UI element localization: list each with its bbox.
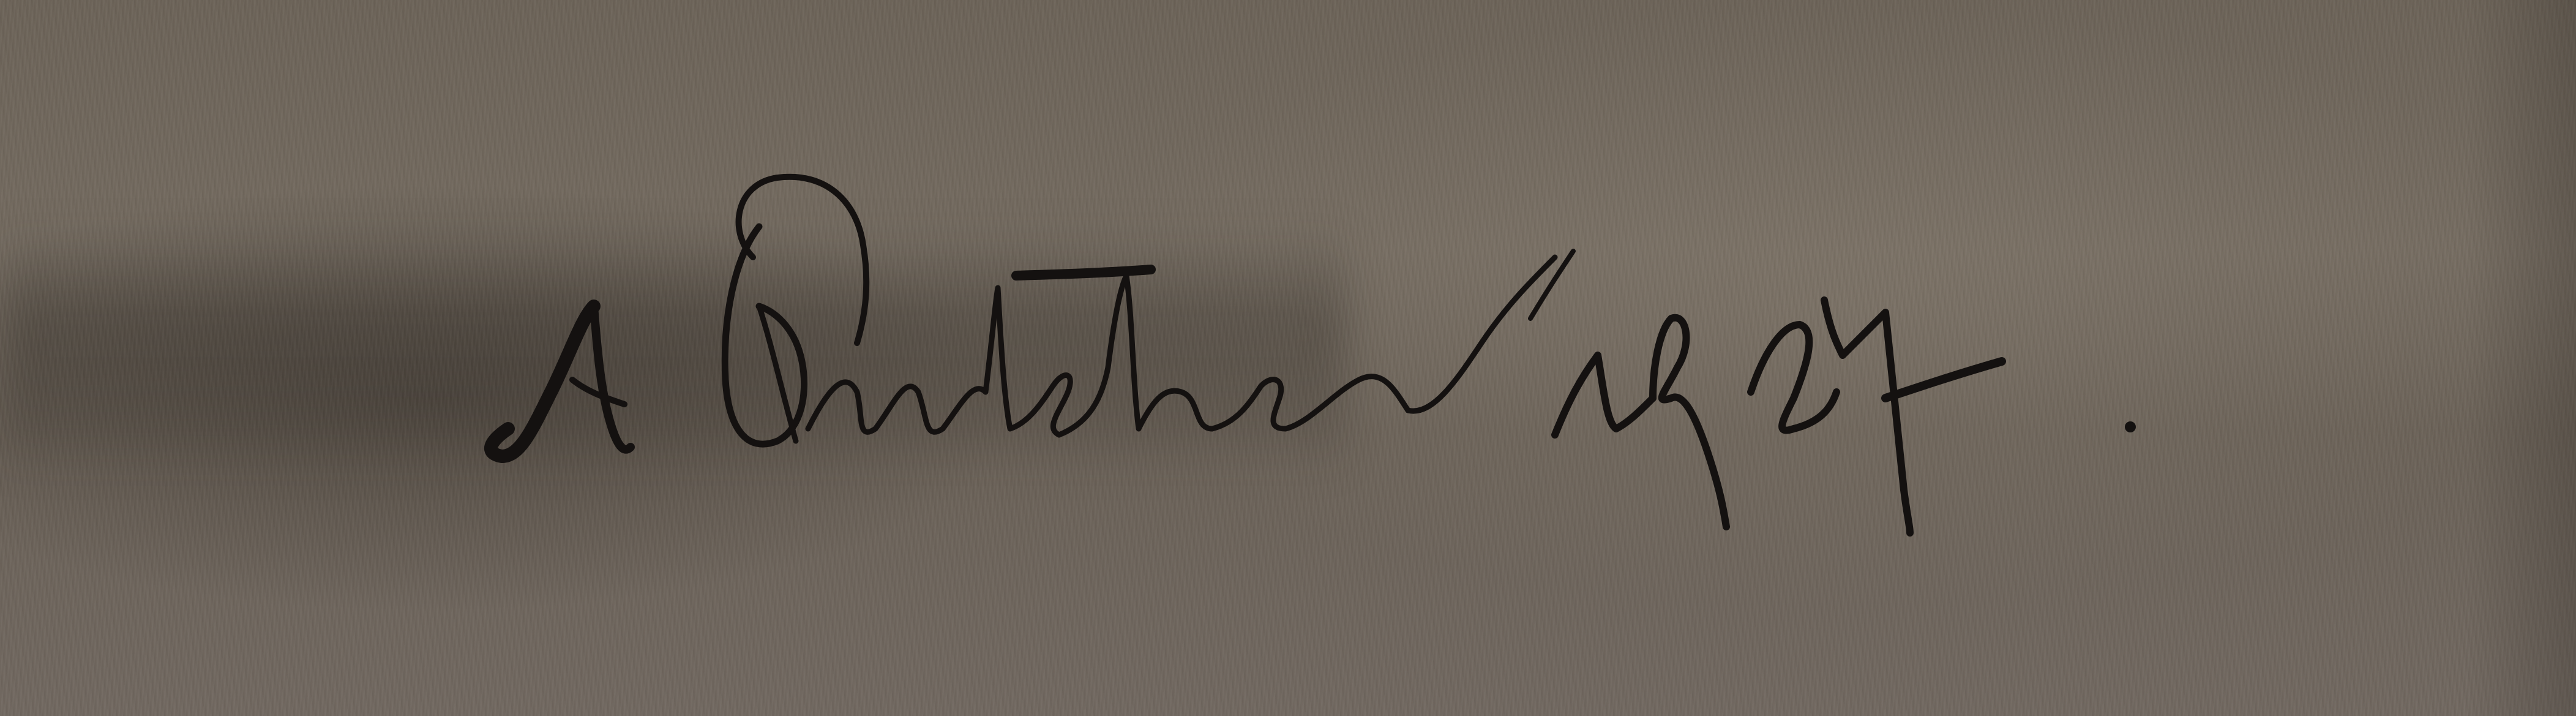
photo-canvas: A. Bütschli / 1927 . [0,0,2576,716]
signature-year [1555,300,2002,533]
signature-period [2125,421,2136,432]
signature-ink [0,0,2576,716]
signature-surname [725,177,1555,444]
signature-initial [491,306,631,456]
